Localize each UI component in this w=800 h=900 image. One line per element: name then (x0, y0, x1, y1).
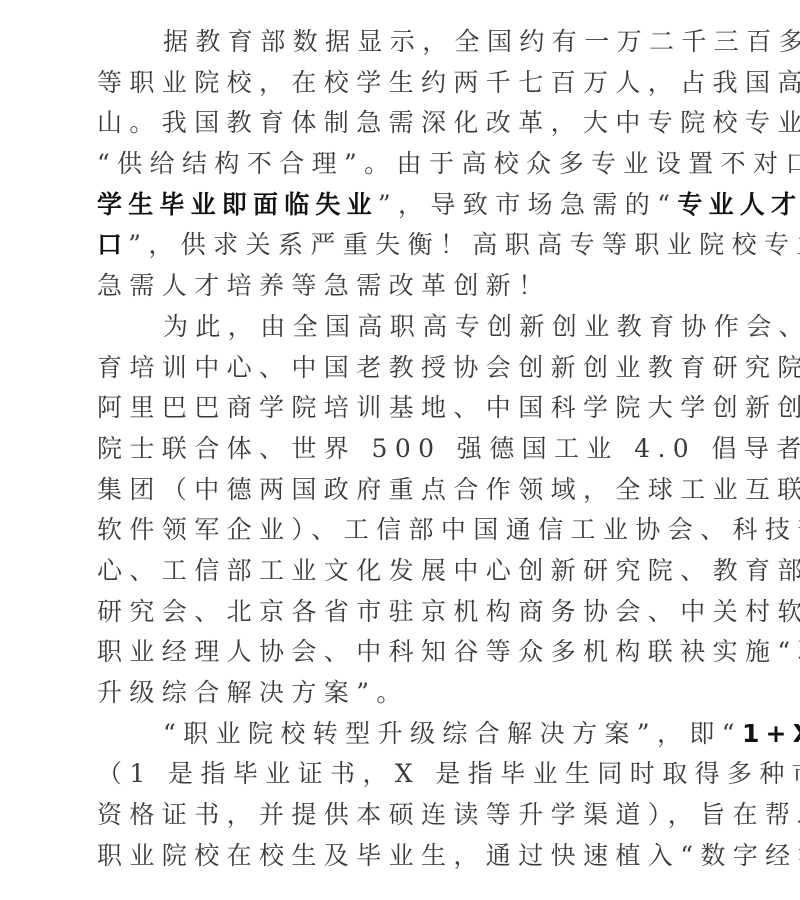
text-line: 职业经理人协会、中科知谷等众多机构联袂实施“职业院校转型 (97, 632, 697, 673)
text-line: 口”，供求关系严重失衡！高职高专等职业院校专业设置及市场 (97, 225, 697, 266)
text-segment: 心、工信部工业文化发展中心创新研究院、教育部中国智慧工程 (97, 556, 800, 585)
text-segment: 资格证书，并提供本硕连读等升学渠道），旨在帮助高职高专等 (97, 800, 800, 829)
text-segment: 据教育部数据显示，全国约有一万二千三百多所高职、高专 (163, 27, 800, 56)
text-segment: 软件领军企业）、工信部中国通信工业协会、科技部火炬创新中 (97, 515, 800, 544)
text-line: 软件领军企业）、工信部中国通信工业协会、科技部火炬创新中 (97, 510, 697, 551)
text-segment: （1 是指毕业证书，X 是指毕业生同时取得多种市场紧缺的职业 (97, 759, 800, 788)
paragraph: “职业院校转型升级综合解决方案”，即“1+X 培养方案”（1 是指毕业证书，X … (97, 714, 697, 877)
text-line: 职业院校在校生及毕业生，通过快速植入“数字经济、新基建” (97, 836, 697, 877)
text-line: 资格证书，并提供本硕连读等升学渠道），旨在帮助高职高专等 (97, 795, 697, 836)
text-segment: 升级综合解决方案”。 (97, 678, 409, 707)
paragraph: 据教育部数据显示，全国约有一万二千三百多所高职、高专等职业院校，在校学生约两千七… (97, 22, 697, 307)
text-line: 升级综合解决方案”。 (97, 673, 697, 714)
text-line: 育培训中心、中国老教授协会创新创业教育研究院、世界 500 强 (97, 348, 697, 389)
text-line: （1 是指毕业证书，X 是指毕业生同时取得多种市场紧缺的职业 (97, 754, 697, 795)
text-line: 等职业院校，在校学生约两千七百万人，占我国高等院校半壁江 (97, 63, 697, 104)
text-segment: 研究会、北京各省市驻京机构商务协会、中关村软件学院、国际 (97, 597, 800, 626)
text-segment: 急需人才培养等急需改革创新！ (97, 271, 551, 300)
text-line: 集团（中德两国政府重点合作领域，全球工业互联网、大数据、 (97, 470, 697, 511)
text-segment: 职业经理人协会、中科知谷等众多机构联袂实施“职业院校转型 (97, 637, 800, 666)
text-segment: ”，导致市场急需的“ (378, 190, 678, 219)
document-body: 据教育部数据显示，全国约有一万二千三百多所高职、高专等职业院校，在校学生约两千七… (97, 22, 697, 876)
text-segment: ”，供求关系严重失衡！高职高专等职业院校专业设置及市场 (128, 230, 800, 259)
paragraph: 为此，由全国高职高专创新创业教育协作会、中国社科院教育培训中心、中国老教授协会创… (97, 307, 697, 714)
text-line: 阿里巴巴商学院培训基地、中国科学院大学创新创业学院、国际 (97, 388, 697, 429)
text-line: 院士联合体、世界 500 强德国工业 4.0 倡导者和标准制定者 SAP (97, 429, 697, 470)
text-line: 心、工信部工业文化发展中心创新研究院、教育部中国智慧工程 (97, 551, 697, 592)
text-segment: 山。我国教育体制急需深化改革，大中专院校专业设置普遍存在 (97, 108, 800, 137)
text-segment: 育培训中心、中国老教授协会创新创业教育研究院、世界 500 强 (97, 353, 800, 382)
text-segment: 阿里巴巴商学院培训基地、中国科学院大学创新创业学院、国际 (97, 393, 800, 422)
text-segment: 院士联合体、世界 500 强德国工业 4.0 倡导者和标准制定者 SAP (97, 434, 800, 463)
emphasized-text: 专业人才存在巨大缺 (677, 190, 800, 219)
text-line: 山。我国教育体制急需深化改革，大中专院校专业设置普遍存在 (97, 103, 697, 144)
text-segment: 等职业院校，在校学生约两千七百万人，占我国高等院校半壁江 (97, 68, 800, 97)
text-segment: “供给结构不合理”。由于高校众多专业设置不对口导致“ (97, 149, 800, 178)
text-line: 据教育部数据显示，全国约有一万二千三百多所高职、高专 (97, 22, 697, 63)
emphasized-text: 学生毕业即面临失业 (97, 190, 378, 219)
text-line: 学生毕业即面临失业”，导致市场急需的“专业人才存在巨大缺 (97, 185, 697, 226)
emphasized-text: 1+X 培养方案 (742, 719, 800, 748)
text-line: “供给结构不合理”。由于高校众多专业设置不对口导致“大批 (97, 144, 697, 185)
text-segment: 为此，由全国高职高专创新创业教育协作会、中国社科院教 (163, 312, 800, 341)
text-line: “职业院校转型升级综合解决方案”，即“1+X 培养方案” (97, 714, 697, 755)
emphasized-text: 口 (97, 230, 128, 259)
text-line: 为此，由全国高职高专创新创业教育协作会、中国社科院教 (97, 307, 697, 348)
text-segment: “职业院校转型升级综合解决方案”，即“ (163, 719, 742, 748)
text-line: 研究会、北京各省市驻京机构商务协会、中关村软件学院、国际 (97, 592, 697, 633)
text-segment: 集团（中德两国政府重点合作领域，全球工业互联网、大数据、 (97, 475, 800, 504)
text-segment: 职业院校在校生及毕业生，通过快速植入“数字经济、新基建” (97, 841, 800, 870)
text-line: 急需人才培养等急需改革创新！ (97, 266, 697, 307)
